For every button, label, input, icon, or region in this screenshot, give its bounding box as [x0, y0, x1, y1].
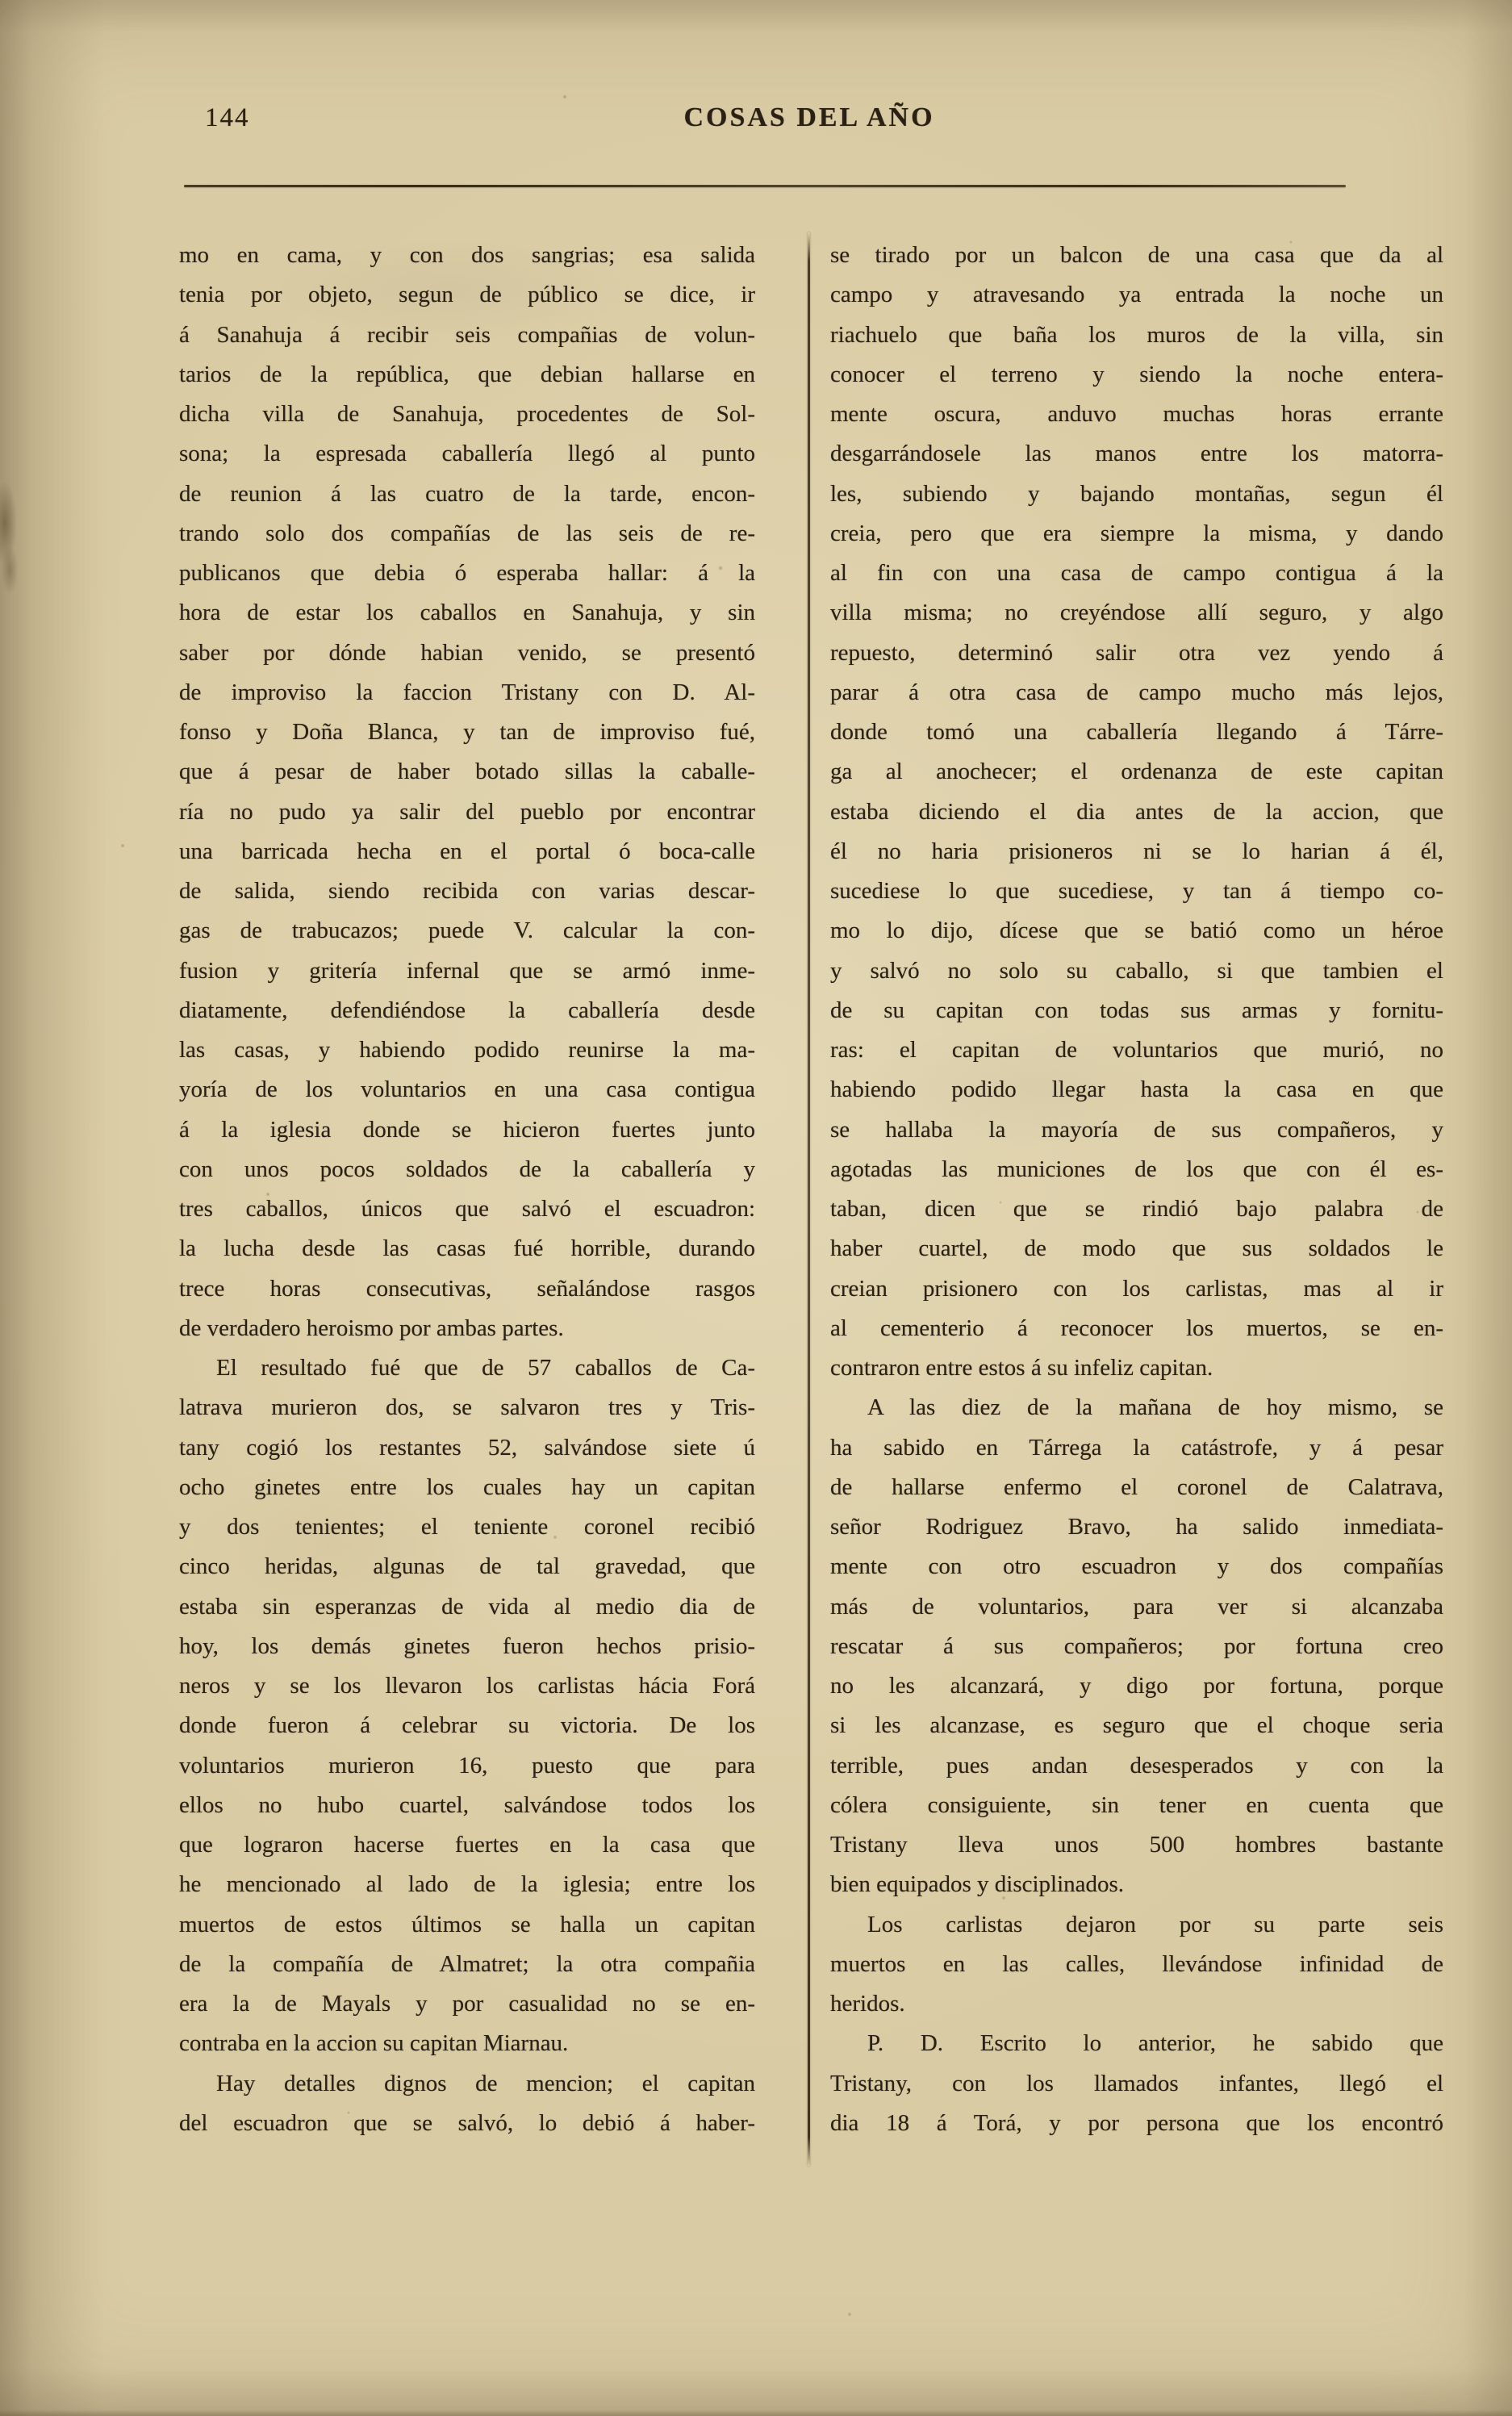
header-rule	[184, 185, 1346, 187]
text-line: y salvó no solo su caballo, si que tambi…	[830, 951, 1443, 991]
text-line: trece horas consecutivas, señalándose ra…	[179, 1269, 755, 1309]
text-line: A las diez de la mañana de hoy mismo, se	[830, 1388, 1443, 1427]
text-line: era la de Mayals y por casualidad no se …	[179, 1984, 755, 2024]
text-line: hoy, los demás ginetes fueron hechos pri…	[179, 1627, 755, 1666]
text-line: parar á otra casa de campo mucho más lej…	[830, 673, 1443, 713]
text-line: conocer el terreno y siendo la noche ent…	[830, 355, 1443, 395]
text-line: latrava murieron dos, se salvaron tres y…	[179, 1388, 755, 1427]
text-line: diatamente, defendiéndose la caballería …	[179, 991, 755, 1030]
text-line: El resultado fué que de 57 caballos de C…	[179, 1348, 755, 1388]
text-line: Los carlistas dejaron por su parte seis	[830, 1905, 1443, 1945]
text-line: desgarrándosele las manos entre los mato…	[830, 434, 1443, 474]
text-line: ría no pudo ya salir del pueblo por enco…	[179, 792, 755, 832]
text-line: terrible, pues andan desesperados y con …	[830, 1746, 1443, 1786]
text-line: no les alcanzará, y digo por fortuna, po…	[830, 1666, 1443, 1706]
text-line: de verdadero heroismo por ambas partes.	[179, 1309, 755, 1348]
paragraph: Los carlistas dejaron por su parte seism…	[830, 1905, 1443, 2025]
text-line: bien equipados y disciplinados.	[830, 1865, 1443, 1904]
text-line: sona; la espresada caballería llegó al p…	[179, 434, 755, 474]
text-line: P. D. Escrito lo anterior, he sabido que	[830, 2024, 1443, 2063]
text-line: trando solo dos compañías de las seis de…	[179, 514, 755, 554]
text-line: donde tomó una caballería llegando á Tár…	[830, 713, 1443, 752]
text-line: Tristany, con los llamados infantes, lle…	[830, 2064, 1443, 2104]
text-line: la lucha desde las casas fué horrible, d…	[179, 1229, 755, 1269]
text-line: al fin con una casa de campo contigua á …	[830, 554, 1443, 593]
paragraph: se tirado por un balcon de una casa que …	[830, 236, 1443, 1388]
text-line: de su capitan con todas sus armas y forn…	[830, 991, 1443, 1030]
text-line: una barricada hecha en el portal ó boca-…	[179, 832, 755, 872]
text-line: gas de trabucazos; puede V. calcular la …	[179, 911, 755, 951]
text-line: dia 18 á Torá, y por persona que los enc…	[830, 2104, 1443, 2143]
text-line: señor Rodriguez Bravo, ha salido inmedia…	[830, 1507, 1443, 1547]
text-line: riachuelo que baña los muros de la villa…	[830, 316, 1443, 355]
text-line: mo en cama, y con dos sangrias; esa sali…	[179, 236, 755, 275]
text-line: él no haria prisioneros ni se lo harian …	[830, 832, 1443, 872]
page-number: 144	[205, 103, 250, 133]
text-line: se hallaba la mayoría de sus compañeros,…	[830, 1110, 1443, 1150]
text-line: las casas, y habiendo podido reunirse la…	[179, 1030, 755, 1070]
text-line: á la iglesia donde se hicieron fuertes j…	[179, 1110, 755, 1150]
text-line: dicha villa de Sanahuja, procedentes de …	[179, 395, 755, 434]
text-line: estaba diciendo el dia antes de la accio…	[830, 792, 1443, 832]
left-column: mo en cama, y con dos sangrias; esa sali…	[179, 236, 755, 2143]
text-line: Tristany lleva unos 500 hombres bastante	[830, 1825, 1443, 1865]
text-line: hora de estar los caballos en Sanahuja, …	[179, 593, 755, 633]
paragraph: mo en cama, y con dos sangrias; esa sali…	[179, 236, 755, 1348]
text-line: ocho ginetes entre los cuales hay un cap…	[179, 1468, 755, 1507]
text-line: saber por dónde habian venido, se presen…	[179, 633, 755, 673]
text-line: y dos tenientes; el teniente coronel rec…	[179, 1507, 755, 1547]
text-line: cinco heridas, algunas de tal gravedad, …	[179, 1547, 755, 1586]
text-line: mente con otro escuadron y dos compañías	[830, 1547, 1443, 1586]
text-line: fusion y gritería infernal que se armó i…	[179, 951, 755, 991]
text-line: ellos no hubo cuartel, salvándose todos …	[179, 1786, 755, 1825]
text-line: mo lo dijo, dícese que se batió como un …	[830, 911, 1443, 951]
text-line: taban, dicen que se rindió bajo palabra …	[830, 1189, 1443, 1229]
text-line: tres caballos, únicos que salvó el escua…	[179, 1189, 755, 1229]
right-column: se tirado por un balcon de una casa que …	[830, 236, 1443, 2143]
text-line: neros y se los llevaron los carlistas há…	[179, 1666, 755, 1706]
text-line: creian prisionero con los carlistas, mas…	[830, 1269, 1443, 1309]
paragraph: A las diez de la mañana de hoy mismo, se…	[830, 1388, 1443, 1904]
text-line: que á pesar de haber botado sillas la ca…	[179, 752, 755, 792]
text-line: estaba sin esperanzas de vida al medio d…	[179, 1587, 755, 1627]
text-line: donde fueron á celebrar su victoria. De …	[179, 1706, 755, 1745]
page-title: COSAS DEL AÑO	[683, 102, 934, 133]
text-line: publicanos que debia ó esperaba hallar: …	[179, 554, 755, 593]
text-line: si les alcanzase, es seguro que el choqu…	[830, 1706, 1443, 1745]
text-line: Hay detalles dignos de mencion; el capit…	[179, 2064, 755, 2104]
text-line: tarios de la república, que debian halla…	[179, 355, 755, 395]
text-line: campo y atravesando ya entrada la noche …	[830, 275, 1443, 315]
text-line: cólera consiguiente, sin tener en cuenta…	[830, 1786, 1443, 1825]
text-line: se tirado por un balcon de una casa que …	[830, 236, 1443, 275]
text-line: les, subiendo y bajando montañas, segun …	[830, 474, 1443, 514]
text-line: mente oscura, anduvo muchas horas errant…	[830, 395, 1443, 434]
text-line: tenia por objeto, segun de público se di…	[179, 275, 755, 315]
text-line: villa misma; no creyéndose allí seguro, …	[830, 593, 1443, 633]
text-line: creia, pero que era siempre la misma, y …	[830, 514, 1443, 554]
text-line: de salida, siendo recibida con varias de…	[179, 872, 755, 911]
text-line: ha sabido en Tárrega la catástrofe, y á …	[830, 1428, 1443, 1468]
text-line: repuesto, determinó salir otra vez yendo…	[830, 633, 1443, 673]
paragraph: P. D. Escrito lo anterior, he sabido que…	[830, 2024, 1443, 2143]
text-line: tany cogió los restantes 52, salvándose …	[179, 1428, 755, 1468]
text-line: he mencionado al lado de la iglesia; ent…	[179, 1865, 755, 1904]
text-line: voluntarios murieron 16, puesto que para	[179, 1746, 755, 1786]
text-line: muertos de estos últimos se halla un cap…	[179, 1905, 755, 1945]
paragraph: El resultado fué que de 57 caballos de C…	[179, 1348, 755, 2064]
text-line: sucediese lo que sucediese, y tan á tiem…	[830, 872, 1443, 911]
text-line: ras: el capitan de voluntarios que murió…	[830, 1030, 1443, 1070]
text-line: ga al anochecer; el ordenanza de este ca…	[830, 752, 1443, 792]
text-line: fonso y Doña Blanca, y tan de improviso …	[179, 713, 755, 752]
text-line: yoría de los voluntarios en una casa con…	[179, 1070, 755, 1110]
text-line: muertos en las calles, llevándose infini…	[830, 1945, 1443, 1984]
column-divider	[808, 232, 810, 2166]
text-line: rescatar á sus compañeros; por fortuna c…	[830, 1627, 1443, 1666]
text-line: á Sanahuja á recibir seis compañias de v…	[179, 316, 755, 355]
text-line: habiendo podido llegar hasta la casa en …	[830, 1070, 1443, 1110]
text-line: más de voluntarios, para ver si alcanzab…	[830, 1587, 1443, 1627]
text-line: contraba en la accion su capitan Miarnau…	[179, 2024, 755, 2063]
text-line: del escuadron que se salvó, lo debió á h…	[179, 2104, 755, 2143]
text-line: de improviso la faccion Tristany con D. …	[179, 673, 755, 713]
text-line: que lograron hacerse fuertes en la casa …	[179, 1825, 755, 1865]
text-line: con unos pocos soldados de la caballería…	[179, 1150, 755, 1189]
text-line: haber cuartel, de modo que sus soldados …	[830, 1229, 1443, 1269]
text-line: al cementerio á reconocer los muertos, s…	[830, 1309, 1443, 1348]
text-line: agotadas las municiones de los que con é…	[830, 1150, 1443, 1189]
text-line: de reunion á las cuatro de la tarde, enc…	[179, 474, 755, 514]
text-line: heridos.	[830, 1984, 1443, 2024]
text-line: contraron entre estos á su infeliz capit…	[830, 1348, 1443, 1388]
book-page: 144 COSAS DEL AÑO mo en cama, y con dos …	[0, 0, 1512, 2416]
paragraph: Hay detalles dignos de mencion; el capit…	[179, 2064, 755, 2144]
text-line: de hallarse enfermo el coronel de Calatr…	[830, 1468, 1443, 1507]
text-line: de la compañía de Almatret; la otra comp…	[179, 1945, 755, 1984]
